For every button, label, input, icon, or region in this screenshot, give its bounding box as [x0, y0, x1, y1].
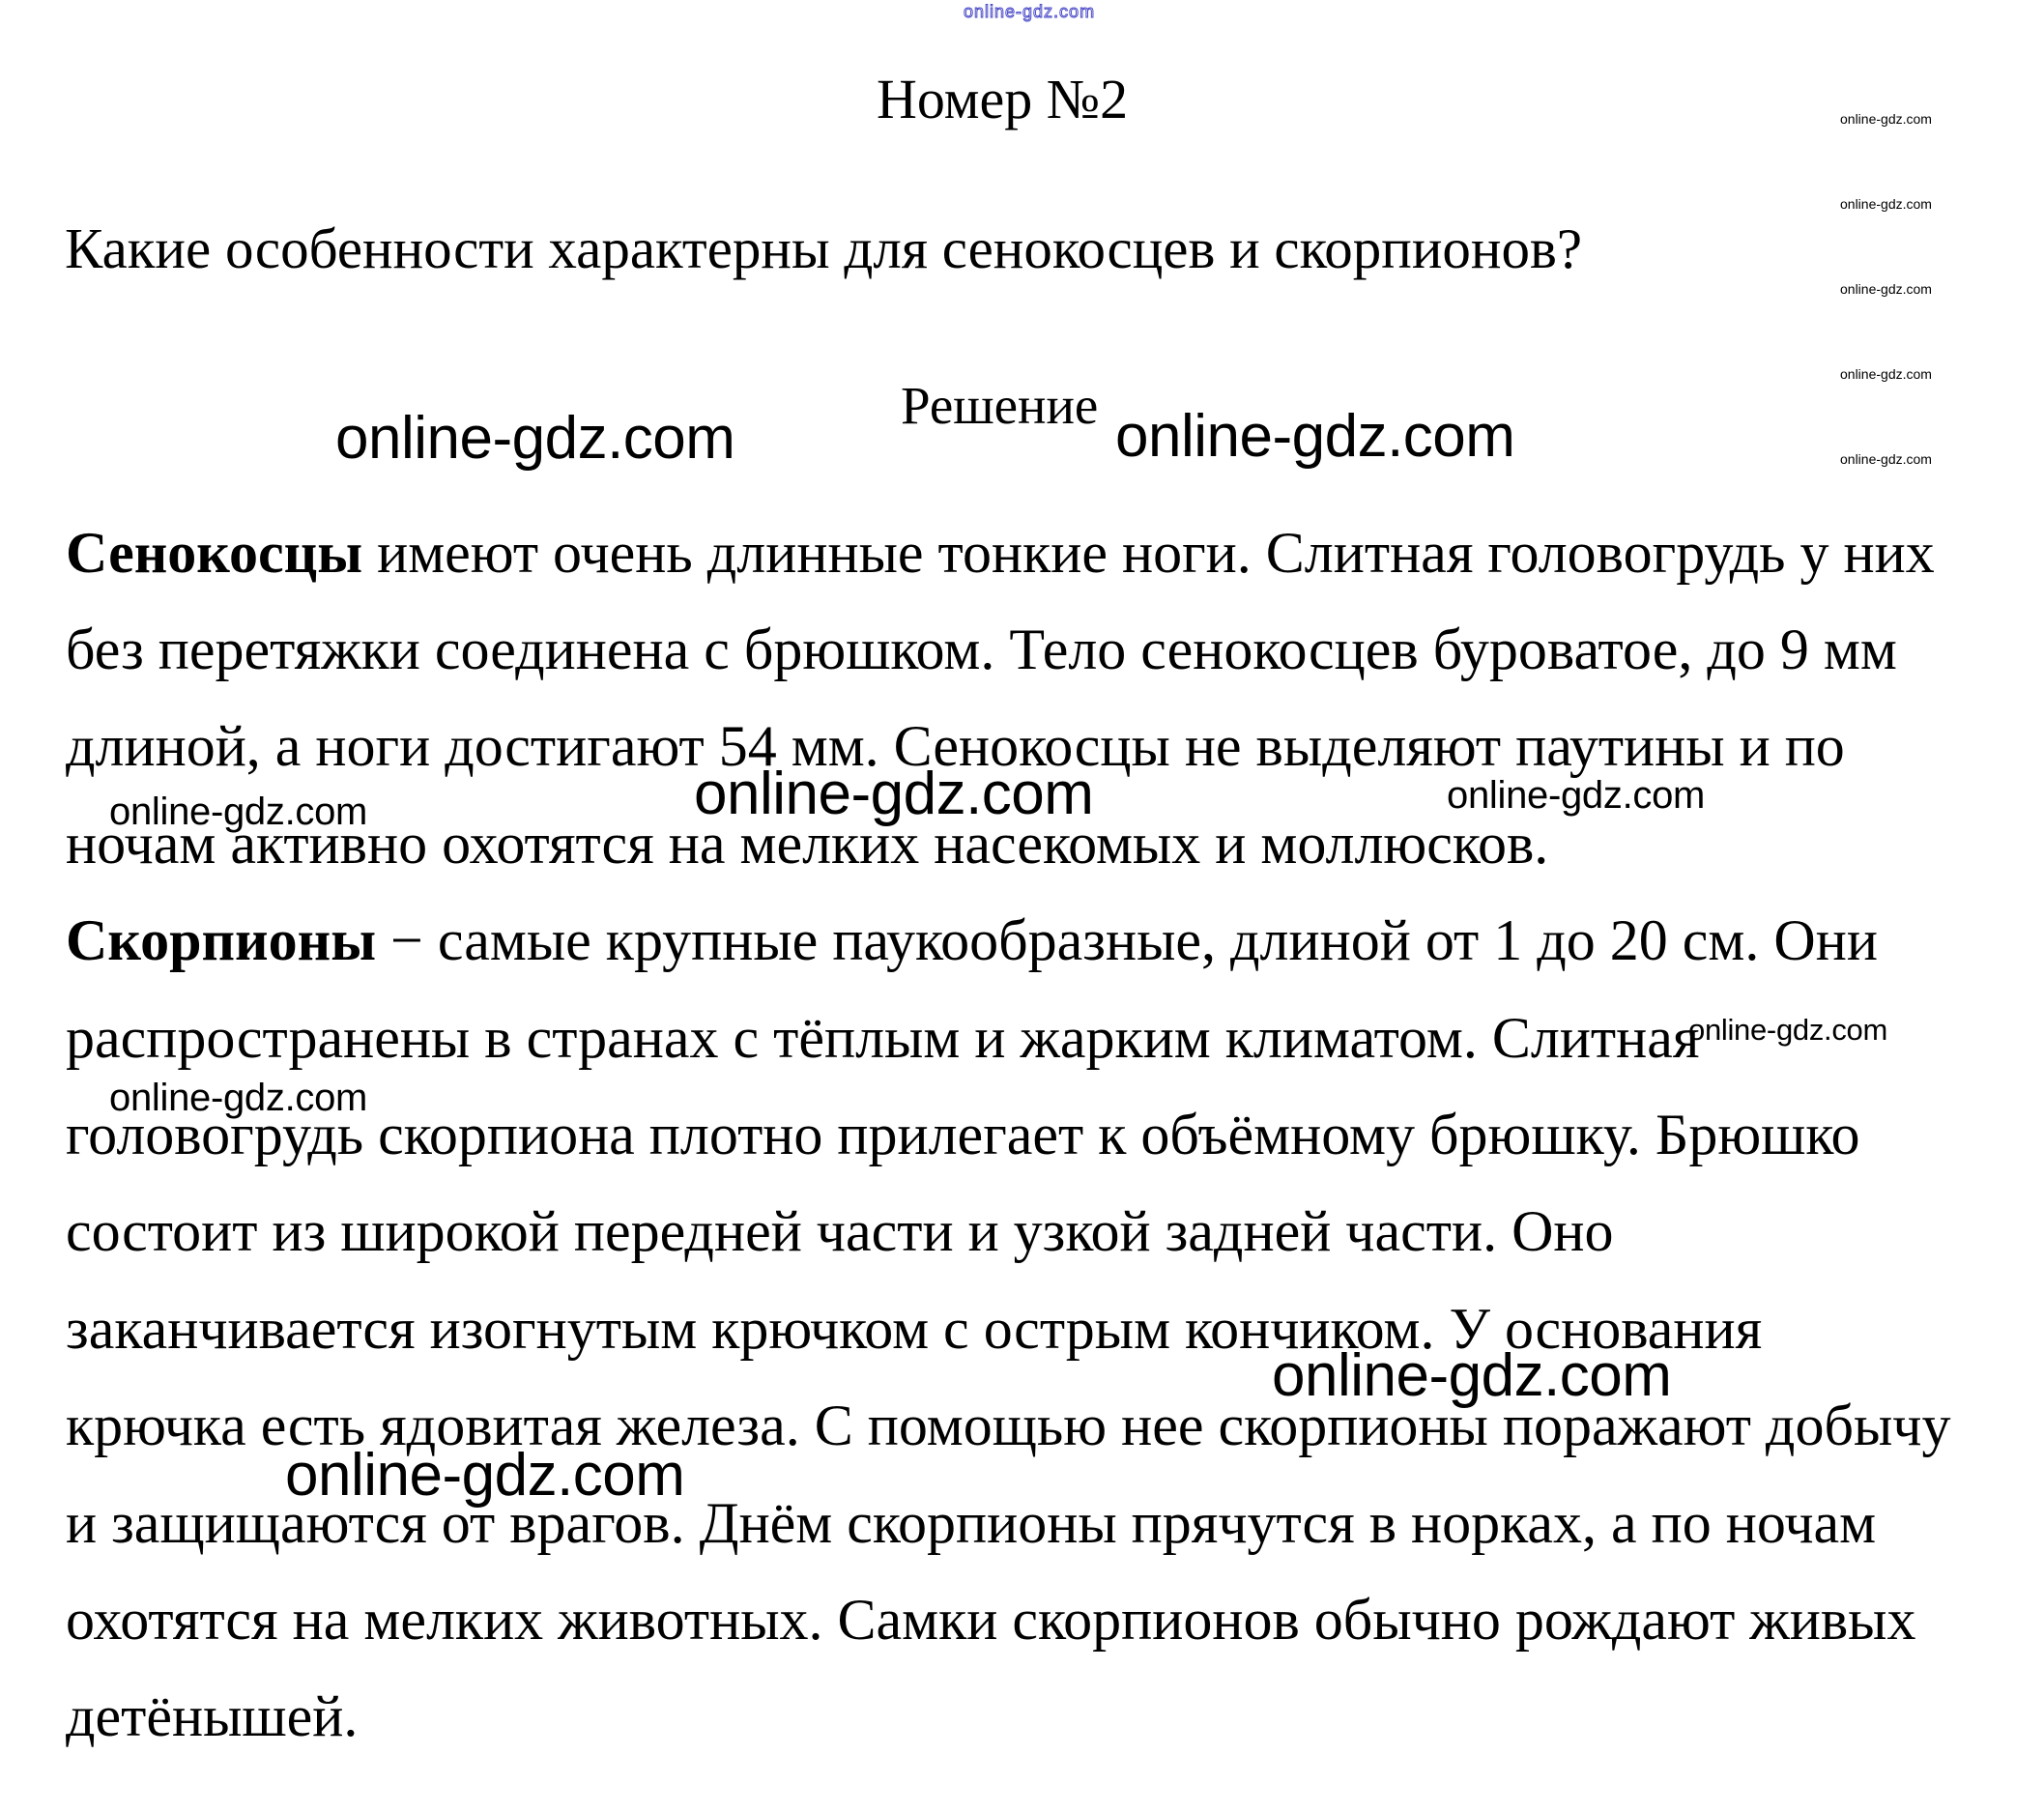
answer-line-text: без перетяжки соединена с брюшком. Тело … [66, 618, 1897, 681]
watermark: online-gdz.com [335, 409, 734, 469]
answer-line-text: состоит из широкой передней части и узко… [66, 1199, 1614, 1263]
watermark: online-gdz.com [1840, 367, 1932, 381]
watermark: online-gdz.com [109, 1079, 367, 1117]
watermark: online-gdz.com [1840, 282, 1932, 296]
watermark: online-gdz.com [285, 1446, 684, 1506]
watermark: online-gdz.com [1840, 197, 1932, 211]
answer-line: без перетяжки соединена с брюшком. Тело … [66, 620, 1897, 678]
answer-term: Сенокосцы [66, 521, 362, 585]
answer-line: охотятся на мелких животных. Самки скорп… [66, 1591, 1916, 1649]
top-watermark: online-gdz.com [964, 3, 1095, 20]
answer-line: Скорпионы − самые крупные паукообразные,… [66, 911, 1878, 969]
watermark: online-gdz.com [694, 764, 1093, 824]
page-title: Номер №2 [877, 72, 1128, 128]
solution-heading: Решение [901, 379, 1098, 432]
answer-line-text: − самые крупные паукообразные, длиной от… [376, 908, 1878, 972]
answer-line-text: имеют очень длинные тонкие ноги. Слитная… [362, 521, 1935, 585]
watermark: online-gdz.com [1840, 452, 1932, 466]
answer-line: Сенокосцы имеют очень длинные тонкие ног… [66, 524, 1935, 582]
watermark: online-gdz.com [1688, 1015, 1887, 1045]
answer-line: состоит из широкой передней части и узко… [66, 1202, 1614, 1260]
watermark: online-gdz.com [1115, 407, 1514, 467]
watermark: online-gdz.com [1272, 1346, 1671, 1406]
answer-line: распространены в странах с тёплым и жарк… [66, 1009, 1700, 1067]
watermark: online-gdz.com [1840, 112, 1932, 126]
watermark: online-gdz.com [109, 792, 367, 831]
answer-term: Скорпионы [66, 908, 376, 972]
question-text: Какие особенности характерны для сенокос… [65, 220, 1582, 277]
watermark: online-gdz.com [1447, 776, 1705, 815]
answer-line-text: охотятся на мелких животных. Самки скорп… [66, 1588, 1916, 1652]
answer-line: детёнышей. [66, 1687, 358, 1745]
answer-line-text: детёнышей. [66, 1684, 358, 1748]
answer-line-text: распространены в странах с тёплым и жарк… [66, 1006, 1700, 1070]
